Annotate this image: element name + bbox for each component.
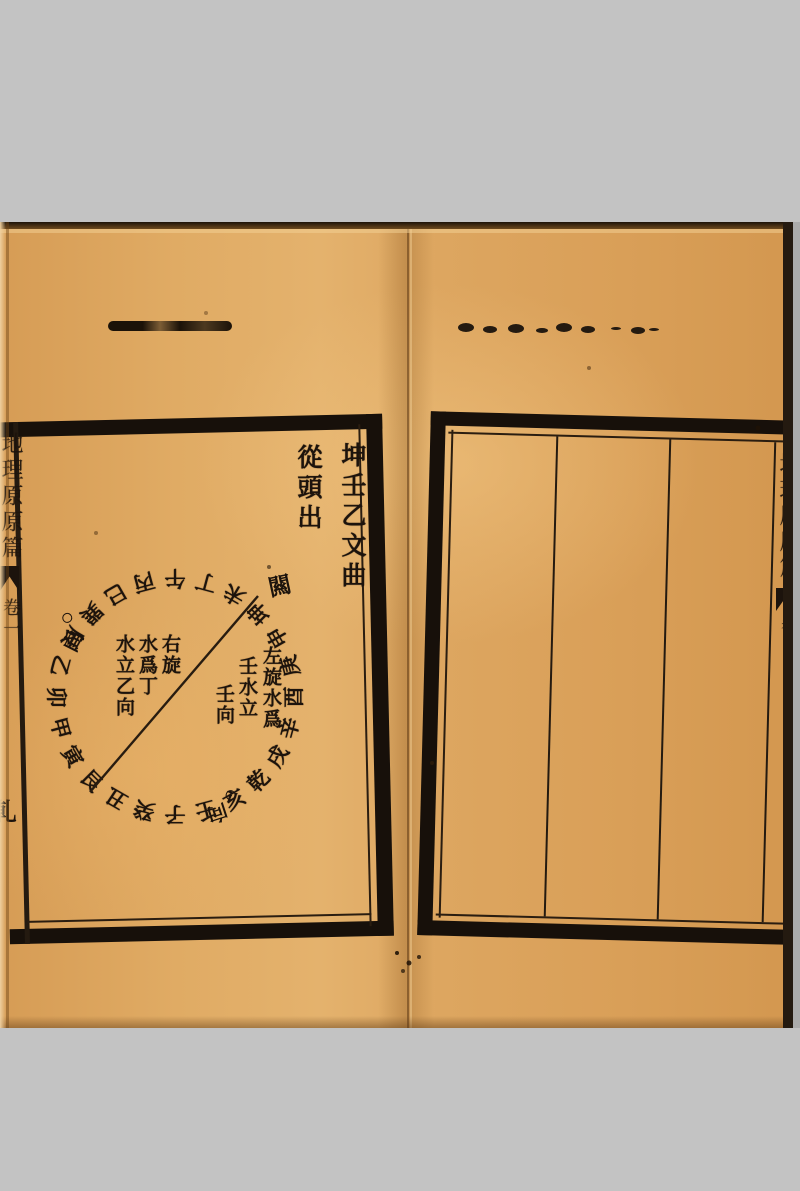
column-rule <box>657 439 672 919</box>
book-photo: 坤壬乙文曲 從頭出 午丁未坤申庚酉辛戌乾亥壬子癸丑艮寅甲卯乙辰巽巳丙 闗 向 向… <box>0 222 800 1028</box>
book-right-edge <box>783 222 793 1028</box>
water-method-compass-diagram: 午丁未坤申庚酉辛戌乾亥壬子癸丑艮寅甲卯乙辰巽巳丙 闗 向 向 左旋水爲 壬水立 … <box>0 222 420 942</box>
frame-border-bottom <box>417 920 789 945</box>
ink-smudge-dotted <box>458 323 474 332</box>
book-bottom-edge <box>0 1016 800 1028</box>
scanned-book-page-spread: { "spine_left": { "title": "地理原原篇", "vol… <box>0 0 800 1191</box>
scanner-background-strip <box>793 222 800 1028</box>
column-rule <box>544 437 559 917</box>
water-course-line <box>0 222 420 942</box>
frame-border-top <box>431 411 800 435</box>
right-page-frame <box>417 411 800 945</box>
